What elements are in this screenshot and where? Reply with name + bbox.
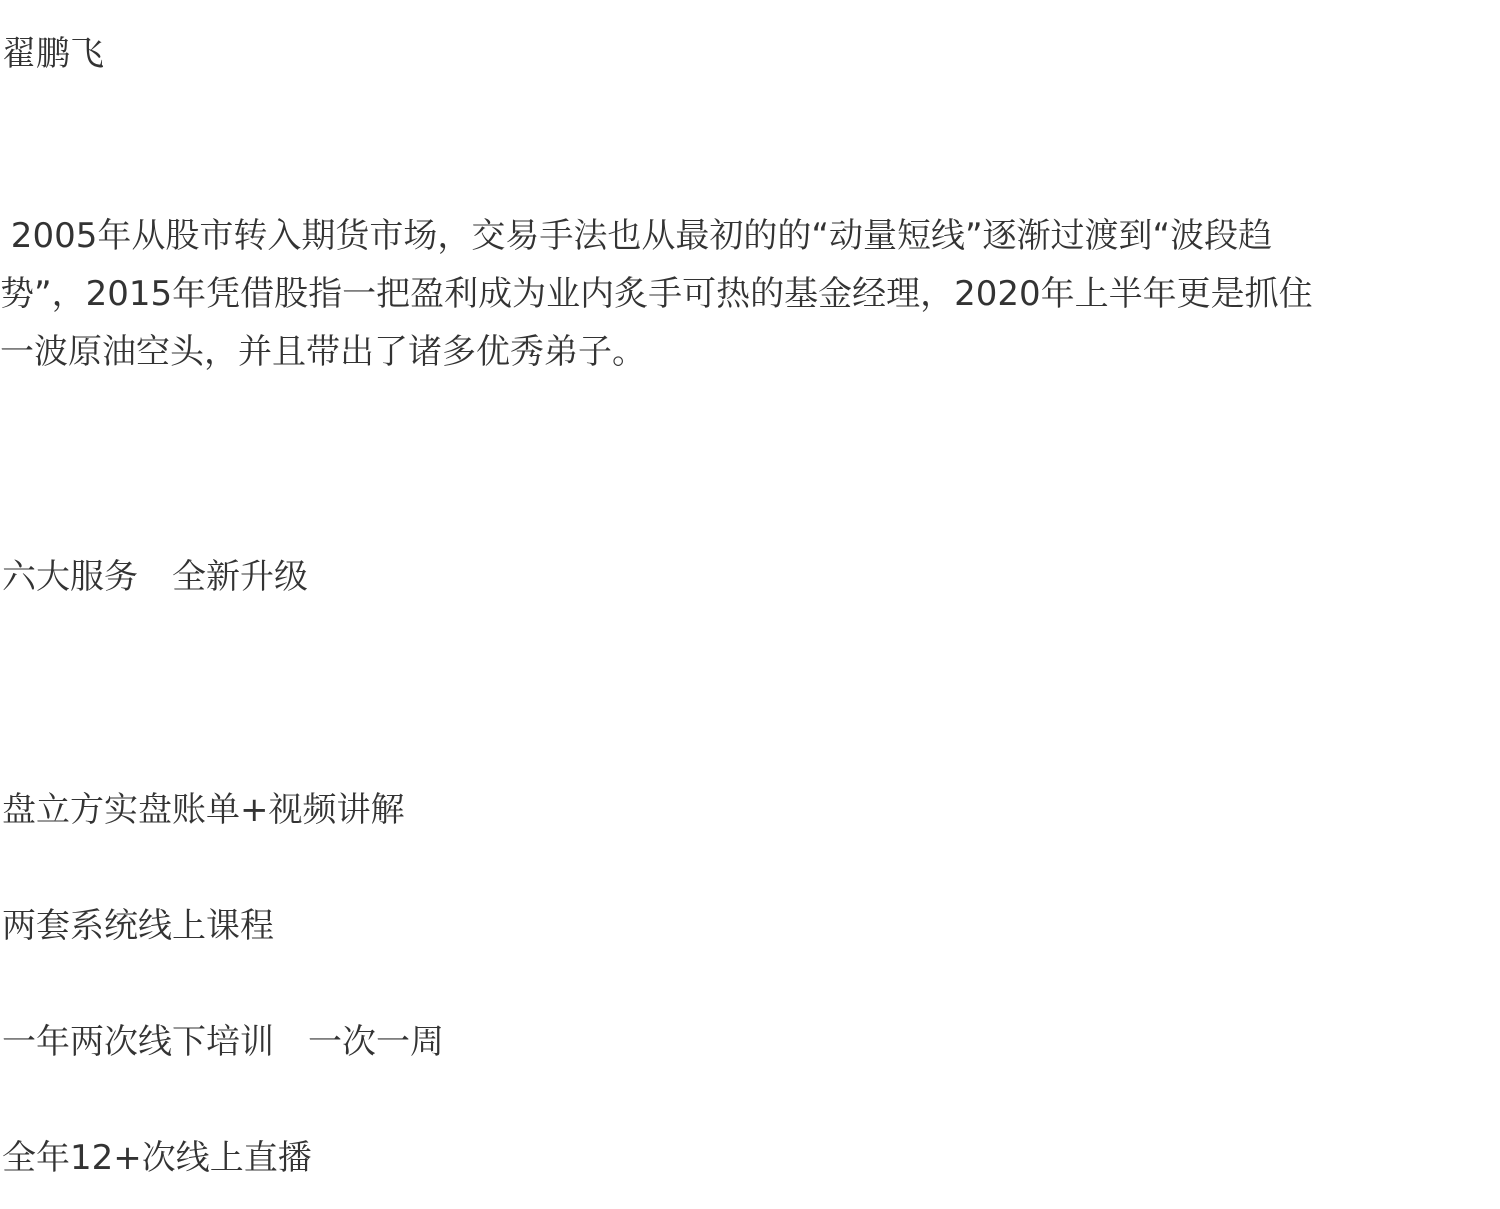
services-heading: 六大服务 全新升级 <box>2 560 308 594</box>
service-item: 两套系统线上课程 <box>2 909 274 943</box>
service-item: 一年两次线下培训 一次一周 <box>2 1025 444 1059</box>
service-item: 全年12+次线上直播 <box>2 1141 312 1175</box>
service-item: 盘立方实盘账单+视频讲解 <box>2 793 405 827</box>
bio-line: 势”，2015年凭借股指一把盈利成为业内炙手可热的基金经理，2020年上半年更是… <box>0 265 1500 323</box>
bio-line: 一波原油空头，并且带出了诸多优秀弟子。 <box>0 323 1500 381</box>
author-bio: 2005年从股市转入期货市场，交易手法也从最初的的“动量短线”逐渐过渡到“波段趋… <box>0 207 1500 381</box>
author-name: 翟鹏飞 <box>2 37 104 71</box>
bio-line: 2005年从股市转入期货市场，交易手法也从最初的的“动量短线”逐渐过渡到“波段趋 <box>0 207 1500 265</box>
